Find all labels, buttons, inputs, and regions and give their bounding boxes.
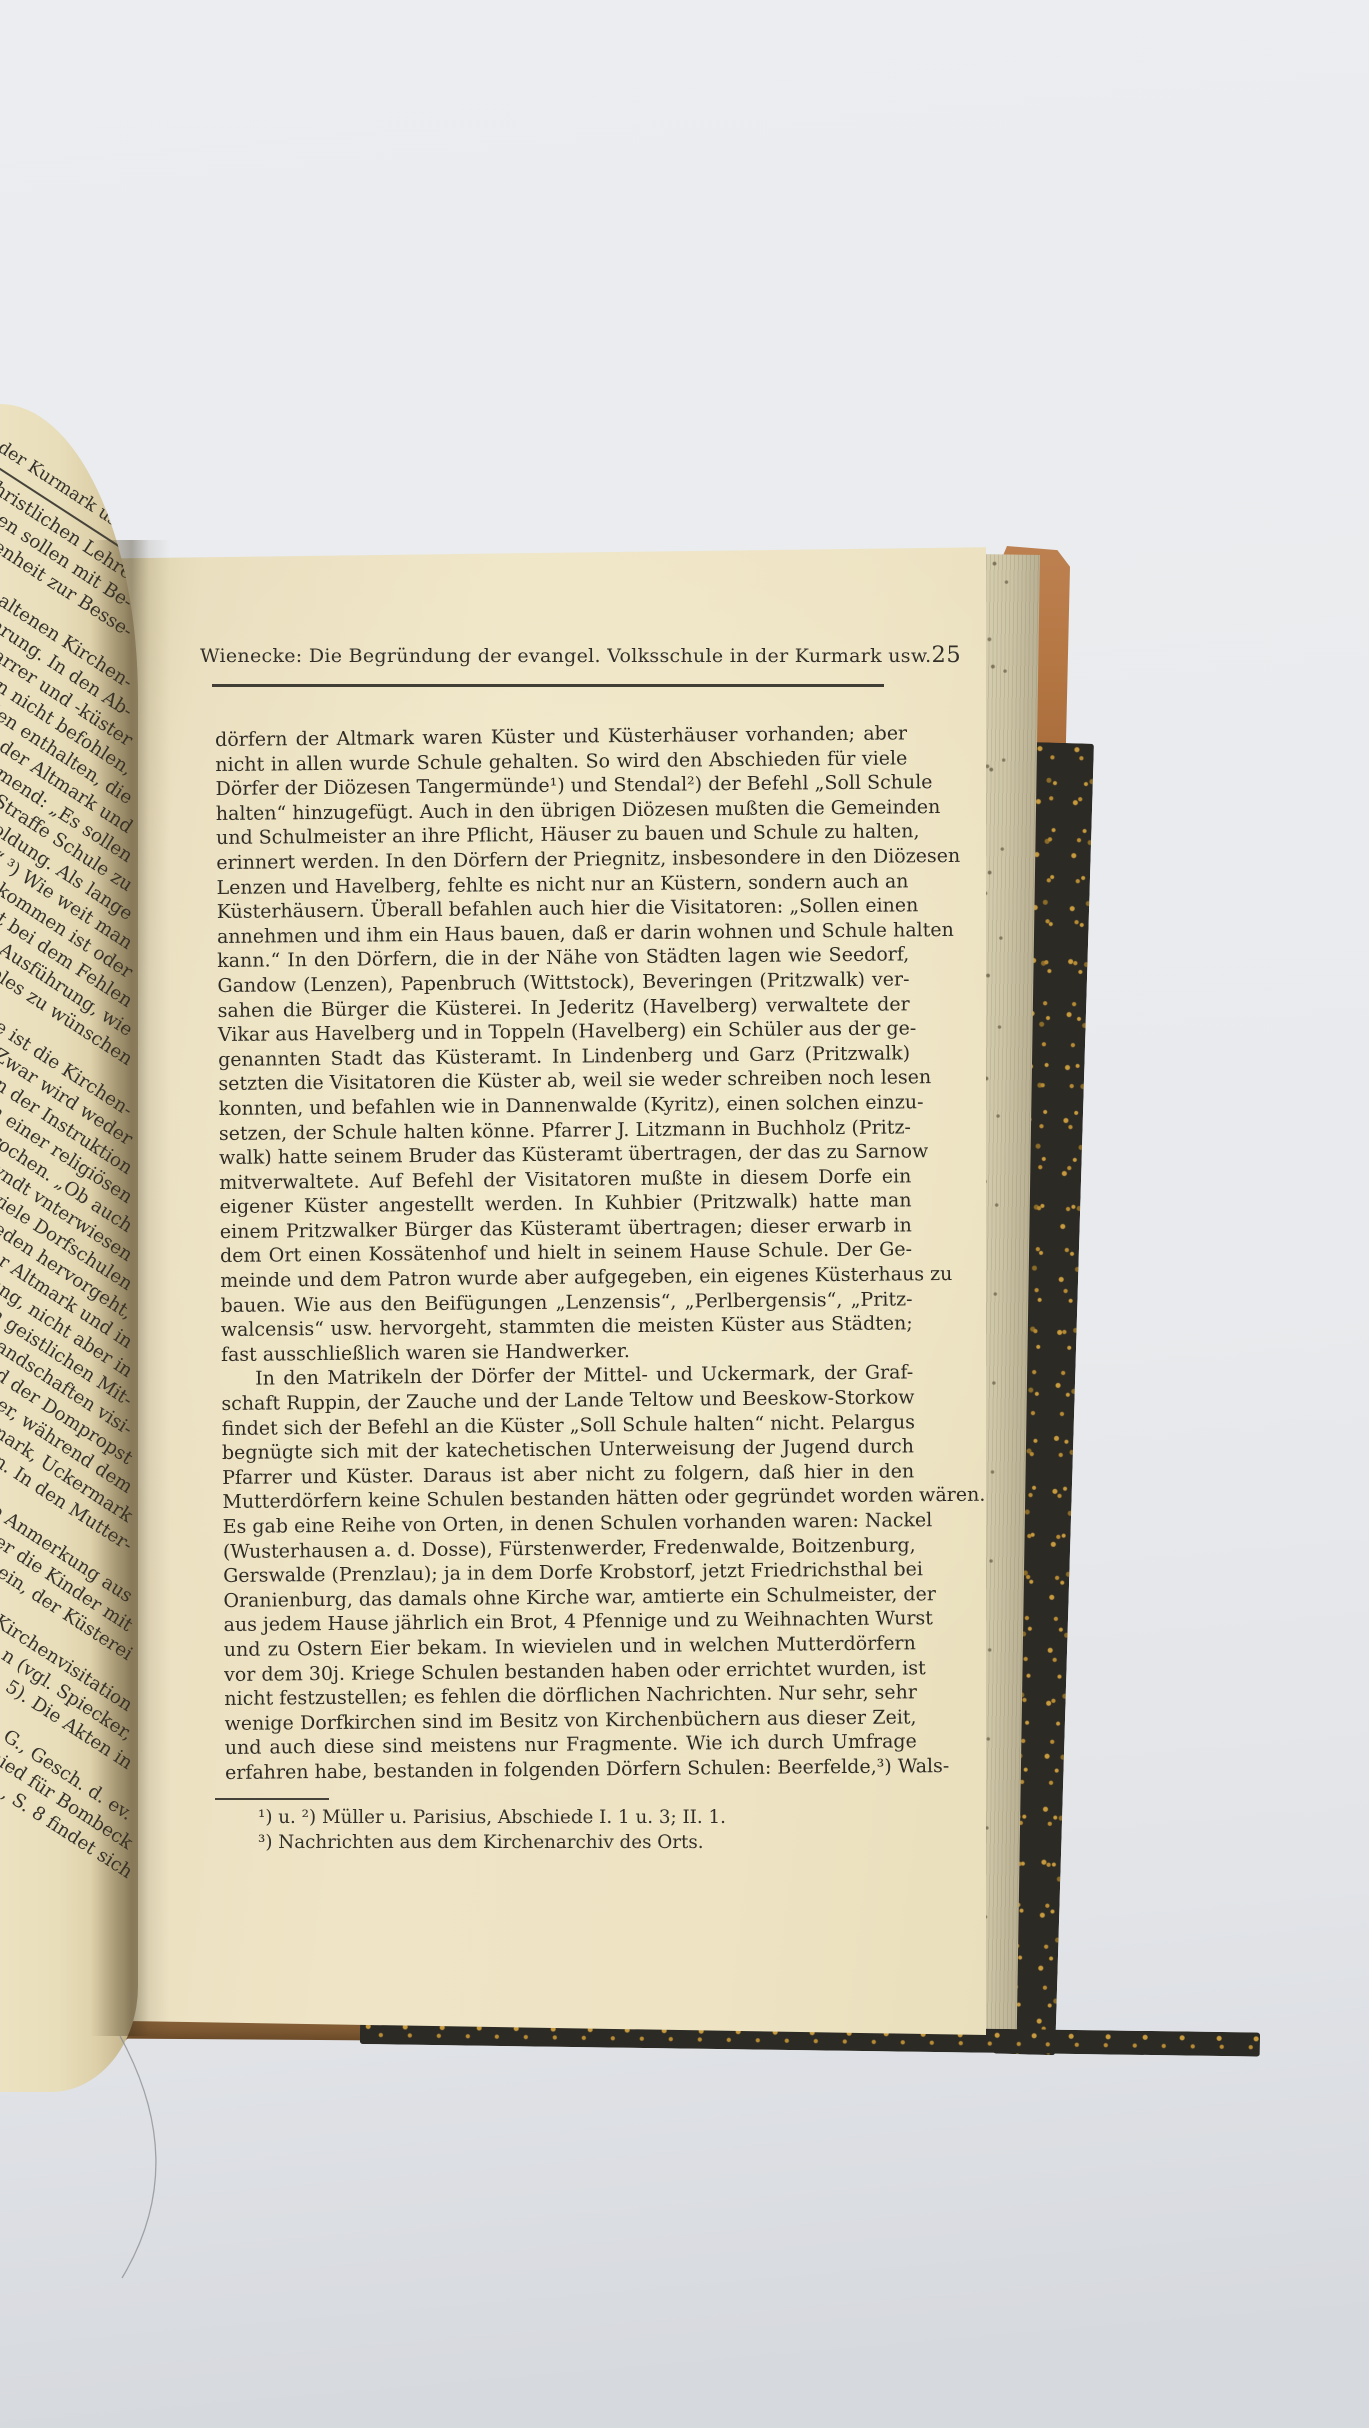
stray-hair (70, 2028, 230, 2288)
page-number: 25 (932, 642, 962, 668)
footnote-line: ¹) u. ²) Müller u. Parisius, Abschiede I… (258, 1806, 908, 1831)
header-rule (212, 684, 884, 687)
running-header: Wienecke: Die Begründung der evangel. Vo… (200, 642, 882, 668)
page-body-text: dörfern der Altmark waren Küster und Küs… (215, 721, 917, 1785)
left-book-page: le in der Kurmark usw.der Christlichen L… (0, 404, 138, 2092)
footnote-rule (215, 1798, 329, 1800)
footnotes: ¹) u. ²) Müller u. Parisius, Abschiede I… (258, 1806, 908, 1855)
footnote-line: ³) Nachrichten aus dem Kirchenarchiv des… (258, 1831, 908, 1856)
photo-backdrop: le in der Kurmark usw.der Christlichen L… (0, 0, 1369, 2428)
left-page-text: le in der Kurmark usw.der Christlichen L… (0, 516, 138, 1887)
running-header-title: Wienecke: Die Begründung der evangel. Vo… (200, 645, 932, 667)
right-book-page: Wienecke: Die Begründung der evangel. Vo… (112, 542, 986, 2035)
